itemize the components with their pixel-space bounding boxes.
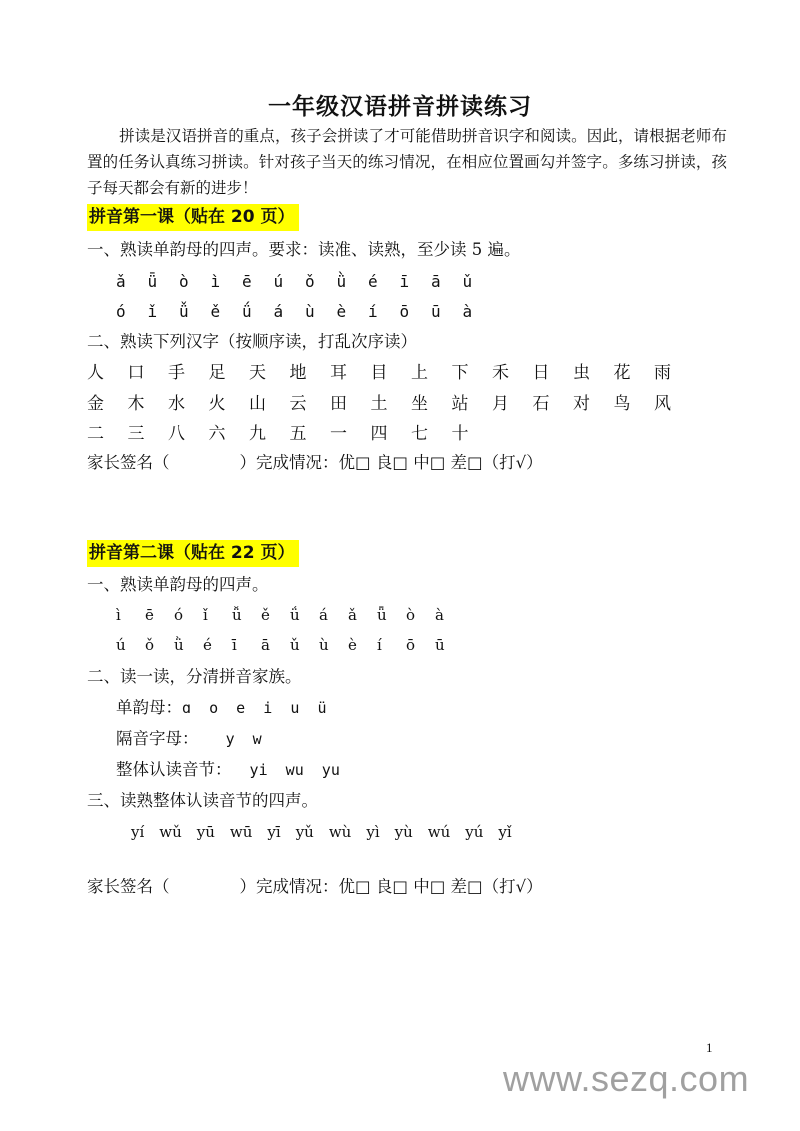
page-number: 1 [706, 1040, 713, 1056]
hanzi: 虫 [573, 361, 614, 385]
vowel: í [368, 300, 400, 324]
hanzi: 花 [614, 361, 655, 385]
vowel: ǜ [337, 270, 369, 294]
syllable: wū [230, 820, 253, 844]
syllable: yù [395, 820, 413, 844]
vowel: ó [116, 300, 148, 324]
hanzi: 雨 [654, 361, 695, 385]
hanzi: 上 [411, 361, 452, 385]
syllable: wù [329, 820, 352, 844]
vowel: ó [174, 603, 203, 627]
hanzi: 人 [87, 361, 128, 385]
hanzi: 鸟 [614, 392, 655, 416]
hanzi: 云 [290, 392, 331, 416]
vowel: è [337, 300, 369, 324]
syllable: wǔ [159, 820, 182, 844]
vowel: ē [242, 270, 274, 294]
vowel: í [377, 633, 406, 657]
syllable: wú [428, 820, 451, 844]
hanzi: 八 [168, 422, 209, 446]
vowel: ǐ [148, 300, 180, 324]
hanzi: 下 [452, 361, 493, 385]
lesson2-heading: 拼音第二课（贴在 22 页） [87, 540, 299, 567]
vowel: ǎ [348, 603, 377, 627]
hanzi: 十 [452, 422, 493, 446]
hanzi: 站 [452, 392, 493, 416]
hanzi: 日 [533, 361, 574, 385]
family-simple-finals: 单韵母：ɑ o e i u ü [116, 696, 327, 720]
hanzi: 七 [411, 422, 452, 446]
vowel: ú [116, 633, 145, 657]
vowel: ǔ [463, 270, 495, 294]
syllable: yǐ [498, 820, 511, 844]
rating-excellent-checkbox[interactable]: 优□ [339, 877, 371, 896]
lesson1-heading: 拼音第一课（贴在 20 页） [87, 204, 299, 231]
vowel: ò [406, 603, 435, 627]
vowel: ǘ [290, 603, 319, 627]
vowel: ì [211, 270, 243, 294]
check-note: （打√） [483, 877, 543, 896]
signature-label: 家长签名（ [87, 453, 170, 472]
lesson1-vowels-row1: ǎ ǖ ò ì ē ú ǒ ǜ é ī ā ǔ [116, 270, 494, 294]
family-label: 单韵母： [116, 698, 182, 717]
hanzi: 手 [168, 361, 209, 385]
hanzi: 禾 [492, 361, 533, 385]
hanzi: 对 [573, 392, 614, 416]
intro-paragraph: 拼读是汉语拼音的重点，孩子会拼读了才可能借助拼音识字和阅读。因此，请根据老师布置… [87, 123, 727, 201]
vowel: ǎ [116, 270, 148, 294]
vowel: ǜ [174, 633, 203, 657]
check-note: （打√） [483, 453, 543, 472]
syllable: yú [465, 820, 483, 844]
lesson2-syllables: yí wǔ yū wū yī yǔ wù yì yù wú yú yǐ [131, 820, 527, 844]
vowel: ǚ [179, 300, 211, 324]
vowel: á [274, 300, 306, 324]
hanzi: 五 [290, 422, 331, 446]
lesson1-vowels-row2: ó ǐ ǚ ě ǘ á ù è í ō ū à [116, 300, 494, 324]
rating-poor-checkbox[interactable]: 差□ [451, 877, 483, 896]
vowel: ū [435, 633, 464, 657]
vowel: ā [431, 270, 463, 294]
lesson1-hanzi-row3: 二 三 八 六 九 五 一 四 七 十 [87, 422, 492, 446]
hanzi: 山 [249, 392, 290, 416]
vowel: é [203, 633, 232, 657]
hanzi: 土 [371, 392, 412, 416]
vowel: ǐ [203, 603, 232, 627]
signature-label: 家长签名（ [87, 877, 170, 896]
vowel: ǘ [242, 300, 274, 324]
vowel: ǖ [377, 603, 406, 627]
syllable: yí [131, 820, 144, 844]
vowel: á [319, 603, 348, 627]
hanzi: 金 [87, 392, 128, 416]
page-title: 一年级汉语拼音拼读练习 [0, 88, 800, 121]
vowel: à [463, 300, 495, 324]
hanzi: 口 [128, 361, 169, 385]
hanzi: 二 [87, 422, 128, 446]
vowel: ú [274, 270, 306, 294]
hanzi: 一 [330, 422, 371, 446]
lesson2-vowels-row1: ì ē ó ǐ ǚ ě ǘ á ǎ ǖ ò à [116, 603, 464, 627]
family-items: ɑ o e i u ü [182, 699, 327, 717]
syllable: yī [267, 820, 280, 844]
hanzi: 月 [492, 392, 533, 416]
vowel: ǒ [305, 270, 337, 294]
hanzi: 地 [290, 361, 331, 385]
hanzi: 水 [168, 392, 209, 416]
hanzi: 火 [209, 392, 250, 416]
lesson2-section1-title: 一、熟读单韵母的四声。 [87, 573, 269, 597]
hanzi: 目 [371, 361, 412, 385]
vowel: ē [145, 603, 174, 627]
hanzi: 风 [654, 392, 695, 416]
vowel: ū [431, 300, 463, 324]
rating-excellent-checkbox[interactable]: 优□ [339, 453, 371, 472]
rating-good-checkbox[interactable]: 良□ [376, 877, 408, 896]
vowel: ì [116, 603, 145, 627]
vowel: é [368, 270, 400, 294]
vowel: ī [400, 270, 432, 294]
vowel: ǖ [148, 270, 180, 294]
family-items: yi wu yu [232, 761, 340, 779]
vowel: ǒ [145, 633, 174, 657]
hanzi: 九 [249, 422, 290, 446]
completion-label: ）完成情况： [240, 453, 339, 472]
lesson2-section2-title: 二、读一读，分清拼音家族。 [87, 665, 302, 689]
lesson1-parent-signature: 家长签名（）完成情况：优□ 良□ 中□ 差□（打√） [87, 451, 543, 475]
vowel: ò [179, 270, 211, 294]
family-label: 隔音字母： [116, 729, 199, 748]
rating-poor-checkbox[interactable]: 差□ [451, 453, 483, 472]
rating-fair-checkbox[interactable]: 中□ [413, 877, 445, 896]
vowel: ě [261, 603, 290, 627]
lesson2-vowels-row2: ú ǒ ǜ é ī ā ǔ ù è í ō ū [116, 633, 464, 657]
completion-label: ）完成情况： [240, 877, 339, 896]
watermark: www.sezq.com [503, 1058, 749, 1100]
hanzi: 六 [209, 422, 250, 446]
lesson1-section2-title: 二、熟读下列汉字（按顺序读，打乱次序读） [87, 330, 417, 354]
vowel: ù [319, 633, 348, 657]
family-items: y w [199, 730, 262, 748]
vowel: ā [261, 633, 290, 657]
vowel: ō [406, 633, 435, 657]
vowel: è [348, 633, 377, 657]
hanzi: 三 [128, 422, 169, 446]
rating-fair-checkbox[interactable]: 中□ [413, 453, 445, 472]
family-whole-syllables: 整体认读音节： yi wu yu [116, 758, 340, 782]
vowel: à [435, 603, 464, 627]
hanzi: 田 [330, 392, 371, 416]
vowel: ǚ [232, 603, 261, 627]
lesson2-section3-title: 三、读熟整体认读音节的四声。 [87, 789, 318, 813]
hanzi: 坐 [411, 392, 452, 416]
syllable: yì [366, 820, 379, 844]
lesson1-hanzi-row1: 人 口 手 足 天 地 耳 目 上 下 禾 日 虫 花 雨 [87, 361, 695, 385]
syllable: yū [197, 820, 215, 844]
vowel: ù [305, 300, 337, 324]
lesson1-hanzi-row2: 金 木 水 火 山 云 田 土 坐 站 月 石 对 鸟 风 [87, 392, 695, 416]
rating-good-checkbox[interactable]: 良□ [376, 453, 408, 472]
intro-text: 拼读是汉语拼音的重点，孩子会拼读了才可能借助拼音识字和阅读。因此，请根据老师布置… [87, 127, 727, 197]
family-label: 整体认读音节： [116, 760, 232, 779]
worksheet-page: 一年级汉语拼音拼读练习 拼读是汉语拼音的重点，孩子会拼读了才可能借助拼音识字和阅… [0, 0, 800, 1131]
lesson2-parent-signature: 家长签名（）完成情况：优□ 良□ 中□ 差□（打√） [87, 875, 543, 899]
hanzi: 耳 [330, 361, 371, 385]
hanzi: 木 [128, 392, 169, 416]
lesson1-section1-title: 一、熟读单韵母的四声。要求：读准、读熟，至少读 5 遍。 [87, 238, 521, 262]
vowel: ě [211, 300, 243, 324]
vowel: ǔ [290, 633, 319, 657]
syllable: yǔ [296, 820, 314, 844]
vowel: ī [232, 633, 261, 657]
hanzi: 石 [533, 392, 574, 416]
hanzi: 天 [249, 361, 290, 385]
hanzi: 四 [371, 422, 412, 446]
vowel: ō [400, 300, 432, 324]
hanzi: 足 [209, 361, 250, 385]
family-separator-letters: 隔音字母： y w [116, 727, 262, 751]
